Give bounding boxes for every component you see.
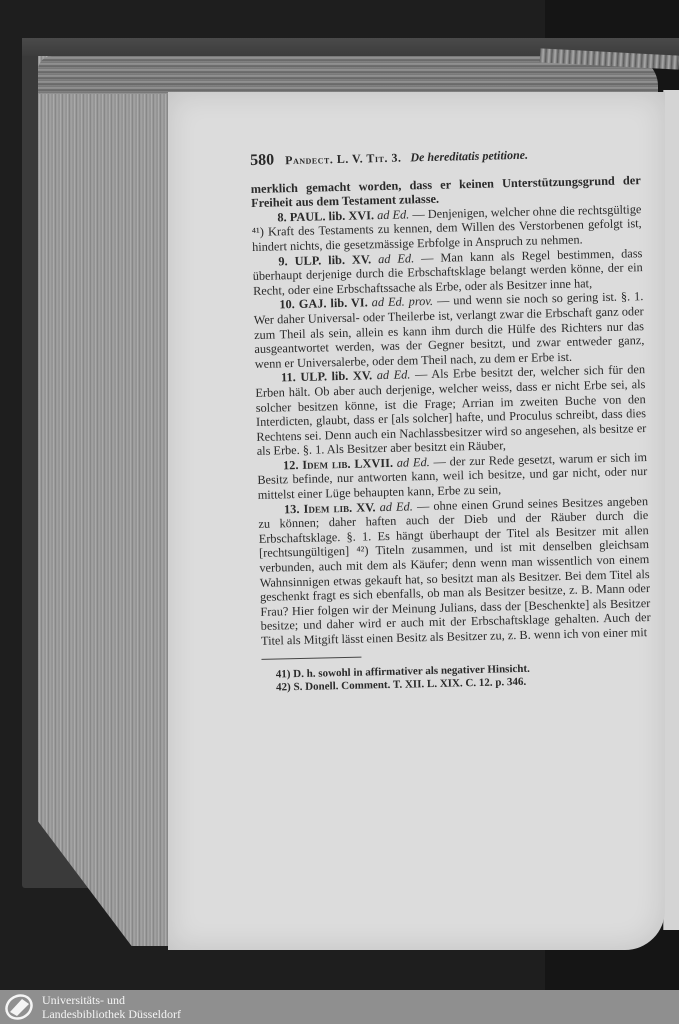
page-edges-left [38, 56, 168, 946]
running-head: 580 Pandect. L. V. Tit. 3. De hereditati… [250, 145, 640, 168]
paragraph-source: ULP. lib. XV. [295, 252, 372, 268]
footnote-divider [261, 656, 361, 659]
book-logo-icon[interactable] [4, 994, 34, 1020]
paragraph-ref: ad Ed. [377, 368, 411, 383]
paragraph-text: — ohne einen Grund seines Besitzes angeb… [258, 494, 651, 648]
library-line-2: Landesbibliothek Düsseldorf [42, 1007, 181, 1021]
paragraph-source: Idem lib. XV. [303, 500, 375, 516]
paragraph-source: GAJ. lib. VI. [299, 296, 368, 312]
paragraph-number: 9. [278, 254, 288, 268]
paragraph-source: PAUL. lib. XVI. [290, 208, 375, 224]
page-number: 580 [250, 151, 274, 169]
library-footer: Universitäts- und Landesbibliothek Düsse… [0, 990, 679, 1024]
paragraph-source: ULP. lib. XV. [300, 369, 372, 385]
paragraph-source: Idem lib. LXVII. [302, 456, 393, 472]
paragraph-ref: ad Ed. [377, 207, 409, 222]
paragraph-number: 13. [284, 502, 300, 516]
running-head-title: De hereditatis petitione. [410, 148, 528, 165]
paragraph-number: 11. [281, 370, 296, 384]
library-name[interactable]: Universitäts- und Landesbibliothek Düsse… [42, 993, 181, 1021]
library-line-1: Universitäts- und [42, 993, 181, 1007]
page-text: 580 Pandect. L. V. Tit. 3. De hereditati… [250, 145, 652, 694]
paragraph-number: 8. [277, 210, 287, 224]
paragraph-ref: ad Ed. prov. [372, 294, 434, 309]
paragraph-ref: ad Ed. [378, 251, 414, 266]
running-head-section: Pandect. L. V. Tit. 3. [285, 151, 402, 168]
paragraph-number: 10. [279, 297, 295, 311]
paragraph-number: 12. [283, 458, 299, 472]
paragraph-ref: ad Ed. [397, 455, 430, 470]
paragraph-10: 10. GAJ. lib. VI. ad Ed. prov. — und wen… [253, 289, 645, 371]
paragraph-ref: ad Ed. [379, 499, 412, 514]
book-page: 580 Pandect. L. V. Tit. 3. De hereditati… [168, 92, 665, 950]
paragraph-11: 11. ULP. lib. XV. ad Ed. — Als Erbe besi… [255, 362, 647, 458]
facing-page-edge [663, 90, 679, 930]
paragraph-13: 13. Idem lib. XV. ad Ed. — ohne einen Gr… [258, 494, 651, 649]
